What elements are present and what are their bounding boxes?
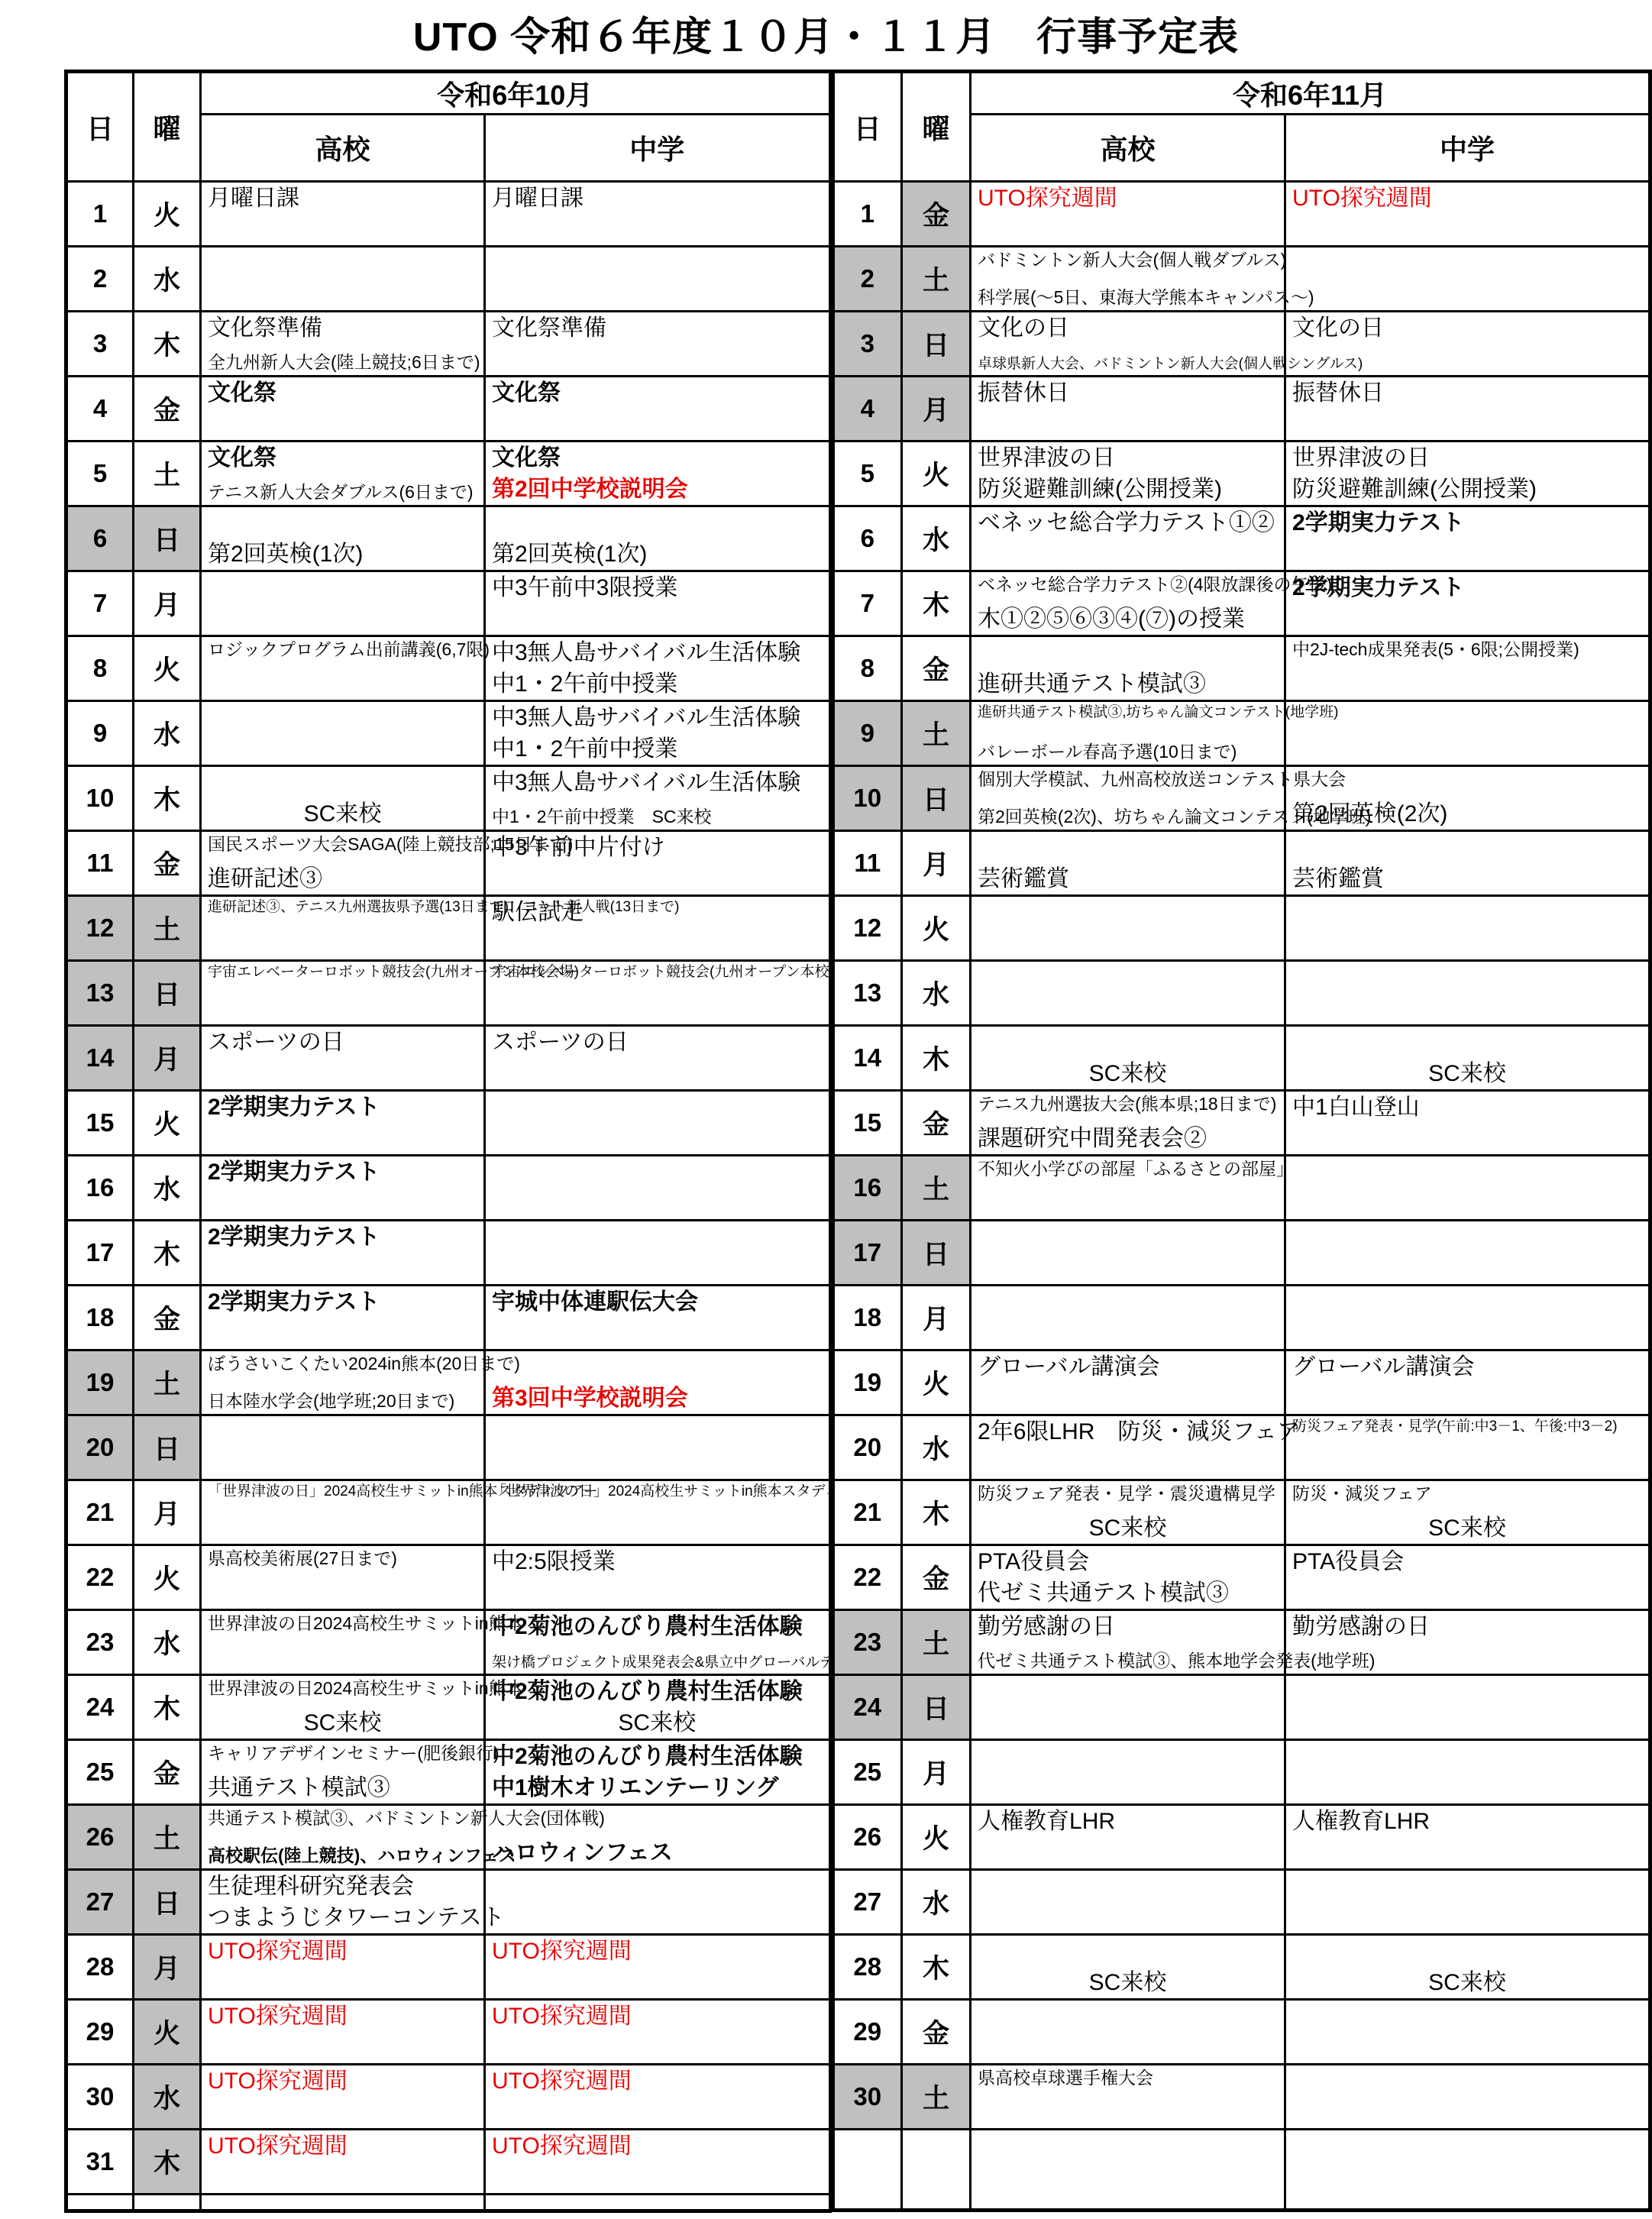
dow-cell — [134, 2195, 201, 2211]
dow-cell: 土 — [134, 442, 201, 506]
table-row: 10木SC来校中3無人島サバイバル生活体験中1・2午前中授業 SC来校 — [66, 766, 830, 831]
juniorhigh-cell: 世界津波の日防災避難訓練(公開授業) — [1285, 442, 1650, 506]
date-cell: 17 — [66, 1221, 134, 1286]
table-row: 18月 — [833, 1286, 1650, 1350]
dow-cell: 月 — [134, 1935, 201, 2000]
event-text: 第3回中学校説明会 — [492, 1385, 823, 1412]
event-text: 共通テスト模試③、バドミントン新人大会(団体戦) — [208, 1808, 477, 1829]
event-lines — [492, 250, 823, 308]
dow-cell: 火 — [134, 2000, 201, 2065]
event-text: 中2菊池のんびり農村生活体験 — [492, 1743, 823, 1770]
dow-cell: 水 — [134, 1610, 201, 1675]
juniorhigh-cell: ぼうさいこくたい2024in熊本(20日まで)日本陸水学会(地学班;20日まで) — [201, 1350, 485, 1415]
juniorhigh-cell — [971, 896, 1285, 961]
event-text: SC来校 — [978, 1969, 1278, 1996]
event-lines: 不知火小学びの部屋「ふるさとの部屋」 — [978, 1159, 1278, 1217]
date-cell: 28 — [66, 1935, 134, 2000]
dow-cell: 土 — [134, 1805, 201, 1870]
event-text: 卓球県新人大会、バドミントン新人大会(個人戦シングルス) — [978, 356, 1278, 373]
dow-cell: 水 — [134, 2065, 201, 2130]
juniorhigh-cell: 中1白山登山 — [1285, 1091, 1650, 1156]
event-text: 芸術鑑賞 — [978, 865, 1278, 892]
juniorhigh-cell — [201, 247, 485, 312]
juniorhigh-cell — [971, 1286, 1285, 1350]
juniorhigh-cell: SC来校 — [971, 1026, 1285, 1091]
dow-cell: 金 — [902, 1545, 971, 1610]
dow-cell: 土 — [134, 896, 201, 961]
event-text: 文化祭 — [492, 380, 823, 406]
event-lines: UTO探究週間 — [492, 1938, 823, 1996]
event-lines: 国民スポーツ大会SAGA(陸上競技部;15日まで)進研記述③ — [208, 834, 477, 892]
juniorhigh-cell — [1285, 961, 1650, 1026]
juniorhigh-cell — [201, 701, 485, 766]
table-row: 19火グローバル講演会グローバル講演会 — [833, 1350, 1650, 1415]
dow-cell: 土 — [902, 2065, 971, 2130]
juniorhigh-cell: グローバル講演会 — [971, 1350, 1285, 1415]
date-cell: 22 — [833, 1545, 902, 1610]
juniorhigh-cell: 進研共通テスト模試③,坊ちゃん論文コンテスト(地学班)バレーボール春高予選(10… — [971, 701, 1285, 766]
event-text: 世界津波の日 — [1292, 445, 1642, 471]
juniorhigh-cell: テニス九州選抜大会(熊本県;18日まで)課題研究中間発表会② — [971, 1091, 1285, 1156]
event-text: UTO探究週間 — [1292, 185, 1642, 212]
event-text: 課題研究中間発表会② — [978, 1125, 1278, 1152]
juniorhigh-cell: 第2回英検(1次) — [201, 506, 485, 571]
juniorhigh-cell: 宇宙エレベーターロボット競技会(九州オープン本校会場) — [485, 961, 830, 1026]
event-lines: 共通テスト模試③、バドミントン新人大会(団体戦)高校駅伝(陸上競技)、ハロウィン… — [208, 1808, 477, 1866]
event-text: 中3無人島サバイバル生活体験 — [492, 639, 823, 666]
date-cell: 13 — [833, 961, 902, 1026]
event-lines: 中3午前中片付け — [492, 834, 823, 892]
event-lines: UTO探究週間 — [208, 2003, 477, 2061]
event-text: 科学展(～5日、東海大学熊本キャンパス～) — [978, 287, 1278, 308]
event-lines: 中2:5限授業 — [492, 1548, 823, 1606]
table-row: 27日生徒理科研究発表会つまようじタワーコンテスト — [66, 1870, 830, 1935]
event-lines: UTO探究週間 — [208, 1938, 477, 1996]
juniorhigh-cell: 振替休日 — [971, 377, 1285, 442]
event-text: 中3午前中3限授業 — [492, 574, 823, 601]
juniorhigh-cell: PTA役員会代ゼミ共通テスト模試③ — [971, 1545, 1285, 1610]
date-header: 日 — [66, 72, 134, 182]
juniorhigh-cell: UTO探究週間 — [485, 1935, 830, 2000]
juniorhigh-cell — [971, 961, 1285, 1026]
event-lines: SC来校 — [1292, 1938, 1642, 1996]
date-cell: 18 — [66, 1286, 134, 1350]
event-text: テニス九州選抜大会(熊本県;18日まで) — [978, 1094, 1278, 1114]
juniorhigh-cell: SC来校 — [971, 1935, 1285, 2000]
event-text: 中1樹木オリエンテーリング — [492, 1774, 823, 1801]
event-lines — [492, 1873, 823, 1931]
event-lines — [1292, 704, 1642, 762]
event-text: 全九州新人大会(陸上競技;6日まで) — [208, 352, 477, 373]
dow-cell: 火 — [902, 1350, 971, 1415]
trailer-row — [833, 2130, 1650, 2211]
juniorhigh-cell — [1285, 701, 1650, 766]
date-cell: 1 — [66, 182, 134, 247]
date-cell: 25 — [66, 1740, 134, 1805]
table-row: 27水 — [833, 1870, 1650, 1935]
table-row: 28月UTO探究週間UTO探究週間 — [66, 1935, 830, 2000]
table-row: 3木文化祭準備全九州新人大会(陸上競技;6日まで)文化祭準備 — [66, 312, 830, 377]
event-lines — [978, 1678, 1278, 1736]
event-lines: SC来校 — [208, 769, 477, 827]
event-lines: 人権教育LHR — [978, 1808, 1278, 1866]
event-text: 中2:5限授業 — [492, 1548, 823, 1575]
table-row: 2土バドミントン新人大会(個人戦ダブルス)科学展(～5日、東海大学熊本キャンパス… — [833, 247, 1650, 312]
juniorhigh-cell — [1285, 2065, 1650, 2130]
month-header: 令和6年10月 — [201, 72, 830, 115]
juniorhigh-cell: 進研記述③、テニス九州選抜県予選(13日まで)、ヨット新人戦(13日まで) — [201, 896, 485, 961]
event-text: 人権教育LHR — [978, 1808, 1278, 1835]
table-row: 20水2年6限LHR 防災・減災フェア防災フェア発表・見学(午前:中3－1、午後… — [833, 1415, 1650, 1480]
event-lines: 防災フェア発表・見学・震災遺構見学SC来校 — [978, 1483, 1278, 1541]
event-text: SC来校 — [978, 1515, 1278, 1541]
date-cell: 12 — [66, 896, 134, 961]
event-lines: 防災・減災フェアSC来校 — [1292, 1483, 1642, 1541]
date-cell: 21 — [833, 1480, 902, 1545]
event-lines: 中2菊池のんびり農村生活体験架け橋プロジェクト成果発表会&県立中グローバルデイ — [492, 1613, 823, 1671]
date-cell: 17 — [833, 1221, 902, 1286]
event-lines: SC来校 — [1292, 1029, 1642, 1087]
juniorhigh-cell: 中3無人島サバイバル生活体験中1・2午前中授業 SC来校 — [485, 766, 830, 831]
table-row: 12土進研記述③、テニス九州選抜県予選(13日まで)、ヨット新人戦(13日まで)… — [66, 896, 830, 961]
table-row: 25金キャリアデザインセミナー(肥後銀行)共通テスト模試③中2菊池のんびり農村生… — [66, 1740, 830, 1805]
juniorhigh-cell — [485, 2195, 830, 2211]
table-row: 26火人権教育LHR人権教育LHR — [833, 1805, 1650, 1870]
table-row: 6日第2回英検(1次)第2回英検(1次) — [66, 506, 830, 571]
event-text: 第2回英検(1次) — [208, 541, 477, 568]
event-text: 県高校卓球選手権大会 — [978, 2068, 1278, 2088]
juniorhigh-cell: UTO探究週間 — [485, 2130, 830, 2195]
dow-cell: 水 — [902, 1870, 971, 1935]
event-lines: 世界津波の日防災避難訓練(公開授業) — [978, 445, 1278, 503]
juniorhigh-cell: スポーツの日 — [201, 1026, 485, 1091]
event-text: 2学期実力テスト — [1292, 574, 1642, 601]
juniorhigh-cell: 共通テスト模試③、バドミントン新人大会(団体戦)高校駅伝(陸上競技)、ハロウィン… — [201, 1805, 485, 1870]
event-text: PTA役員会 — [1292, 1548, 1642, 1575]
juniorhigh-cell: SC来校 — [1285, 1026, 1650, 1091]
dow-cell: 火 — [902, 896, 971, 961]
table-row: 15金テニス九州選抜大会(熊本県;18日まで)課題研究中間発表会②中1白山登山 — [833, 1091, 1650, 1156]
event-text: ベネッセ総合学力テスト①② — [978, 509, 1278, 536]
table-row: 25月 — [833, 1740, 1650, 1805]
juniorhigh-cell: UTO探究週間 — [201, 2130, 485, 2195]
event-text: SC来校 — [208, 1710, 477, 1736]
event-lines: 宇城中体連駅伝大会 — [492, 1289, 823, 1347]
event-lines: 芸術鑑賞 — [1292, 834, 1642, 892]
event-text: 第2回中学校説明会 — [492, 476, 823, 503]
dow-cell: 日 — [902, 1675, 971, 1740]
date-cell: 7 — [833, 571, 902, 636]
juniorhigh-cell: SC来校 — [201, 766, 485, 831]
event-lines: 進研共通テスト模試③ — [978, 639, 1278, 697]
event-lines: UTO探究週間 — [492, 2003, 823, 2061]
event-text: 2年6限LHR 防災・減災フェア — [978, 1418, 1278, 1445]
event-lines — [492, 1418, 823, 1477]
date-cell: 8 — [833, 636, 902, 701]
event-lines: 中2J-tech成果発表(5・6限;公開授業) — [1292, 639, 1642, 697]
event-text: グローバル講演会 — [1292, 1354, 1642, 1380]
event-text: 中3無人島サバイバル生活体験 — [492, 769, 823, 796]
event-lines: UTO探究週間 — [978, 185, 1278, 243]
event-text: つまようじタワーコンテスト — [208, 1904, 477, 1931]
event-lines: 世界津波の日2024高校生サミットin熊本SC来校 — [208, 1678, 477, 1736]
date-cell: 10 — [66, 766, 134, 831]
date-cell: 16 — [66, 1156, 134, 1221]
event-lines: 世界津波の日2024高校生サミットin熊本 — [208, 1613, 477, 1671]
table-row: 16土不知火小学びの部屋「ふるさとの部屋」 — [833, 1156, 1650, 1221]
dow-cell: 日 — [134, 1415, 201, 1480]
juniorhigh-cell: 「世界津波の日」2024高校生サミットin熊本スタディツアー — [201, 1480, 485, 1545]
dow-header: 曜 — [902, 72, 971, 182]
juniorhigh-cell: 中3午前中3限授業 — [485, 571, 830, 636]
event-lines: 文化の日卓球県新人大会、バドミントン新人大会(個人戦シングルス) — [978, 315, 1278, 373]
juniorhigh-cell: 2学期実力テスト — [201, 1221, 485, 1286]
highschool-cell — [971, 2130, 1285, 2211]
event-lines: SC来校 — [978, 1938, 1278, 1996]
juniorhigh-cell — [1285, 1870, 1650, 1935]
event-lines: 振替休日 — [978, 380, 1278, 438]
dow-cell: 水 — [902, 506, 971, 571]
juniorhigh-cell: 振替休日 — [1285, 377, 1650, 442]
table-row: 24木世界津波の日2024高校生サミットin熊本SC来校中2菊池のんびり農村生活… — [66, 1675, 830, 1740]
date-cell: 2 — [833, 247, 902, 312]
event-lines: 文化祭 — [492, 380, 823, 438]
date-cell: 1 — [833, 182, 902, 247]
event-text: 代ゼミ共通テスト模試③、熊本地学会発表(地学班) — [978, 1651, 1278, 1671]
event-text: 人権教育LHR — [1292, 1808, 1642, 1835]
event-lines: グローバル講演会 — [978, 1354, 1278, 1412]
event-lines — [492, 1159, 823, 1217]
event-lines: グローバル講演会 — [1292, 1354, 1642, 1412]
table-row: 23土勤労感謝の日代ゼミ共通テスト模試③、熊本地学会発表(地学班)勤労感謝の日 — [833, 1610, 1650, 1675]
date-header: 日 — [833, 72, 902, 182]
event-lines: ぼうさいこくたい2024in熊本(20日まで)日本陸水学会(地学班;20日まで) — [208, 1354, 477, 1412]
juniorhigh-cell — [1285, 1156, 1650, 1221]
event-text: SC来校 — [1292, 1515, 1642, 1541]
event-text: 振替休日 — [1292, 380, 1642, 406]
event-text: 中3無人島サバイバル生活体験 — [492, 704, 823, 731]
table-row: 28木SC来校SC来校 — [833, 1935, 1650, 2000]
event-lines: 第2回英検(1次) — [492, 509, 823, 568]
event-lines: 芸術鑑賞 — [978, 834, 1278, 892]
table-row: 21木防災フェア発表・見学・震災遺構見学SC来校防災・減災フェアSC来校 — [833, 1480, 1650, 1545]
event-text: 進研共通テスト模試③ — [978, 671, 1278, 697]
event-text: 中1・2午前中授業 SC来校 — [492, 807, 823, 827]
event-lines — [1292, 1873, 1642, 1931]
juniorhigh-cell: 進研共通テスト模試③ — [971, 636, 1285, 701]
juniorhigh-cell: 2学期実力テスト — [201, 1156, 485, 1221]
date-cell: 30 — [66, 2065, 134, 2130]
event-lines: 中3無人島サバイバル生活体験中1・2午前中授業 — [492, 704, 823, 762]
juniorhigh-cell: 不知火小学びの部屋「ふるさとの部屋」 — [971, 1156, 1285, 1221]
event-lines: UTO探究週間 — [208, 2133, 477, 2191]
table-row: 9土進研共通テスト模試③,坊ちゃん論文コンテスト(地学班)バレーボール春高予選(… — [833, 701, 1650, 766]
event-lines: 個別大学模試、九州高校放送コンテスト県大会第2回英検(2次)、坊ちゃん論文コンテ… — [978, 769, 1278, 827]
juniorhigh-cell: 「世界津波の日」2024高校生サミットin熊本スタディツアー — [485, 1480, 830, 1545]
juniorhigh-cell: 個別大学模試、九州高校放送コンテスト県大会第2回英検(2次)、坊ちゃん論文コンテ… — [971, 766, 1285, 831]
date-cell: 21 — [66, 1480, 134, 1545]
juniorhigh-cell: 県高校卓球選手権大会 — [971, 2065, 1285, 2130]
event-lines — [1292, 1159, 1642, 1217]
event-lines: 「世界津波の日」2024高校生サミットin熊本スタディツアー — [208, 1483, 477, 1541]
event-text: 防災避難訓練(公開授業) — [1292, 476, 1642, 503]
event-lines: 防災フェア発表・見学(午前:中3－1、午後:中3－2) — [1292, 1418, 1642, 1477]
table-row: 26土共通テスト模試③、バドミントン新人大会(団体戦)高校駅伝(陸上競技)、ハロ… — [66, 1805, 830, 1870]
event-text: 第2回英検(2次)、坊ちゃん論文コンテスト(地学班) — [978, 807, 1278, 827]
table-row: 6水ベネッセ総合学力テスト①②2学期実力テスト — [833, 506, 1650, 571]
date-cell: 18 — [833, 1286, 902, 1350]
date-cell: 26 — [833, 1805, 902, 1870]
event-text: 第2回英検(1次) — [492, 541, 823, 568]
dow-cell: 土 — [902, 247, 971, 312]
event-lines: 文化祭テニス新人大会ダブルス(6日まで) — [208, 445, 477, 503]
event-text: SC来校 — [492, 1710, 823, 1736]
juniorhigh-cell: 第2回英検(1次) — [485, 506, 830, 571]
table-row: 7月中3午前中3限授業 — [66, 571, 830, 636]
event-lines: 文化祭準備全九州新人大会(陸上競技;6日まで) — [208, 315, 477, 373]
event-lines: 生徒理科研究発表会つまようじタワーコンテスト — [208, 1873, 477, 1931]
event-lines: キャリアデザインセミナー(肥後銀行)共通テスト模試③ — [208, 1743, 477, 1801]
event-text: 「世界津波の日」2024高校生サミットin熊本スタディツアー — [492, 1483, 823, 1500]
event-text: 宇城中体連駅伝大会 — [492, 1289, 823, 1315]
juniorhigh-cell: 芸術鑑賞 — [971, 831, 1285, 896]
table-row: 23水世界津波の日2024高校生サミットin熊本中2菊池のんびり農村生活体験架け… — [66, 1610, 830, 1675]
table-row: 18金2学期実力テスト宇城中体連駅伝大会 — [66, 1286, 830, 1350]
dow-cell: 火 — [134, 182, 201, 247]
date-cell — [66, 2195, 134, 2211]
event-text: 中3午前中片付け — [492, 834, 823, 861]
event-lines — [492, 1224, 823, 1282]
event-text: 防災フェア発表・見学(午前:中3－1、午後:中3－2) — [1292, 1418, 1642, 1435]
event-text: 2学期実力テスト — [208, 1289, 477, 1315]
dow-cell: 月 — [134, 1480, 201, 1545]
juniorhigh-cell: UTO探究週間 — [1285, 182, 1650, 247]
event-text: グローバル講演会 — [978, 1354, 1278, 1380]
event-lines — [978, 899, 1278, 957]
dow-cell: 木 — [134, 1221, 201, 1286]
table-row: 14月スポーツの日スポーツの日 — [66, 1026, 830, 1091]
table-row: 5土文化祭テニス新人大会ダブルス(6日まで)文化祭第2回中学校説明会 — [66, 442, 830, 506]
table-row: 8火ロジックプログラム出前講義(6,7限)中3無人島サバイバル生活体験中1・2午… — [66, 636, 830, 701]
event-text: 高校駅伝(陸上競技)、ハロウィンフェス — [208, 1845, 477, 1866]
dow-cell: 金 — [134, 1286, 201, 1350]
event-text: 2学期実力テスト — [208, 1224, 477, 1250]
event-lines: ベネッセ総合学力テスト②(4限放課後の午後)木①②⑤⑥③④(⑦)の授業 — [978, 574, 1278, 632]
date-cell: 20 — [833, 1415, 902, 1480]
juniorhigh-cell: 2学期実力テスト — [1285, 506, 1650, 571]
dow-cell: 木 — [902, 1026, 971, 1091]
dow-cell: 金 — [902, 636, 971, 701]
dow-cell: 木 — [134, 766, 201, 831]
dow-cell: 火 — [902, 442, 971, 506]
table-row: 17日 — [833, 1221, 1650, 1286]
event-text: 文化の日 — [1292, 315, 1642, 341]
juniorhigh-cell: 世界津波の日防災避難訓練(公開授業) — [971, 442, 1285, 506]
date-cell: 9 — [66, 701, 134, 766]
dow-cell: 木 — [902, 1480, 971, 1545]
event-lines: 世界津波の日防災避難訓練(公開授業) — [1292, 445, 1642, 503]
juniorhigh-cell: PTA役員会 — [1285, 1545, 1650, 1610]
dow-cell: 月 — [134, 1026, 201, 1091]
dow-cell — [902, 2130, 971, 2211]
event-text: PTA役員会 — [978, 1548, 1278, 1575]
event-lines — [978, 964, 1278, 1022]
table-row: 4金文化祭文化祭 — [66, 377, 830, 442]
juniorhigh-cell: 人権教育LHR — [1285, 1805, 1650, 1870]
event-lines: 勤労感謝の日代ゼミ共通テスト模試③、熊本地学会発表(地学班) — [978, 1613, 1278, 1671]
date-cell: 8 — [66, 636, 134, 701]
dow-cell: 月 — [902, 377, 971, 442]
date-cell: 27 — [66, 1870, 134, 1935]
juniorhigh-cell — [971, 1740, 1285, 1805]
juniorhigh-cell — [485, 247, 830, 312]
table-row: 13日宇宙エレベーターロボット競技会(九州オープン本校会場)宇宙エレベーターロボ… — [66, 961, 830, 1026]
highschool-header: 高校 — [201, 115, 485, 182]
event-text: 2学期実力テスト — [1292, 509, 1642, 536]
event-lines: 第2回英検(1次) — [208, 509, 477, 568]
dow-cell: 火 — [134, 1091, 201, 1156]
dow-cell: 木 — [134, 2130, 201, 2195]
event-text: UTO探究週間 — [208, 2003, 477, 2030]
event-text: バレーボール春高予選(10日まで) — [978, 742, 1278, 762]
event-text: 勤労感謝の日 — [978, 1613, 1278, 1640]
dow-cell: 土 — [902, 1610, 971, 1675]
date-cell: 9 — [833, 701, 902, 766]
dow-cell: 日 — [902, 312, 971, 377]
october-table: 日曜令和6年10月高校中学1火月曜日課月曜日課2水3木文化祭準備全九州新人大会(… — [64, 70, 832, 2213]
event-text: UTO探究週間 — [208, 2068, 477, 2094]
event-text: 月曜日課 — [492, 185, 823, 212]
date-cell: 4 — [66, 377, 134, 442]
date-cell: 30 — [833, 2065, 902, 2130]
event-text: UTO探究週間 — [492, 1938, 823, 1965]
event-lines: スポーツの日 — [208, 1029, 477, 1087]
event-text: UTO探究週間 — [208, 1938, 477, 1965]
event-lines — [1292, 250, 1642, 308]
event-text: 不知火小学びの部屋「ふるさとの部屋」 — [978, 1159, 1278, 1179]
juniorhigh-cell — [485, 1091, 830, 1156]
juniorhigh-cell: スポーツの日 — [485, 1026, 830, 1091]
event-text: スポーツの日 — [492, 1029, 823, 1056]
event-text: 個別大学模試、九州高校放送コンテスト県大会 — [978, 769, 1278, 790]
juniorhigh-cell — [201, 1415, 485, 1480]
juniorhigh-cell — [485, 1221, 830, 1286]
date-cell: 3 — [66, 312, 134, 377]
table-row: 30水UTO探究週間UTO探究週間 — [66, 2065, 830, 2130]
event-text: 中1・2午前中授業 — [492, 671, 823, 697]
event-text: 木①②⑤⑥③④(⑦)の授業 — [978, 606, 1278, 632]
dow-header: 曜 — [134, 72, 201, 182]
dow-cell: 火 — [134, 636, 201, 701]
dow-cell: 月 — [902, 1740, 971, 1805]
event-text: UTO探究週間 — [492, 2068, 823, 2094]
event-text: 防災避難訓練(公開授業) — [978, 476, 1278, 503]
event-lines: 人権教育LHR — [1292, 1808, 1642, 1866]
juniorhigh-cell: 国民スポーツ大会SAGA(陸上競技部;15日まで)進研記述③ — [201, 831, 485, 896]
event-text: スポーツの日 — [208, 1029, 477, 1056]
dow-cell: 土 — [134, 1350, 201, 1415]
event-lines: 中2菊池のんびり農村生活体験SC来校 — [492, 1678, 823, 1736]
juniorhigh-cell — [201, 571, 485, 636]
dow-cell: 日 — [134, 506, 201, 571]
event-lines — [1292, 964, 1642, 1022]
event-lines — [978, 1224, 1278, 1282]
juniorhigh-cell: 中2菊池のんびり農村生活体験架け橋プロジェクト成果発表会&県立中グローバルデイ — [485, 1610, 830, 1675]
date-cell: 20 — [66, 1415, 134, 1480]
juniorhigh-cell: 月曜日課 — [485, 182, 830, 247]
juniorhigh-cell: 宇宙エレベーターロボット競技会(九州オープン本校会場) — [201, 961, 485, 1026]
page-title: UTO 令和６年度１０月・１１月 行事予定表 — [0, 0, 1652, 62]
